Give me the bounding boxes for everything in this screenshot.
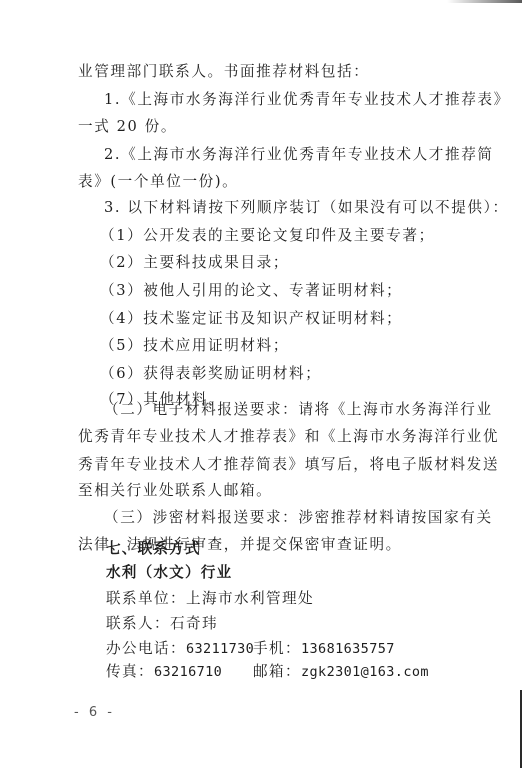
contact-person-label: 联系人： <box>106 615 170 632</box>
mobile-value: 13681635757 <box>301 641 395 657</box>
body-line: 业管理部门联系人。书面推荐材料包括： <box>78 63 370 81</box>
email-field: 邮箱：zgk2301@163.com <box>253 663 429 681</box>
list-item-2: 2.《上海市水务海洋行业优秀青年专业技术人才推荐简 <box>104 146 494 164</box>
email-label: 邮箱： <box>253 663 301 680</box>
electronic-requirements-line-2: 优秀青年专业技术人才推荐表》和《上海市水务海洋行业优 <box>78 428 499 446</box>
email-value[interactable]: zgk2301@163.com <box>301 664 429 680</box>
electronic-requirements-line-1: （二）电子材料报送要求：请将《上海市水务海洋行业 <box>104 401 493 419</box>
industry-heading: 水利（水文）行业 <box>106 564 232 582</box>
contact-unit-row: 联系单位：上海市水利管理处 <box>106 590 314 608</box>
sub-item-3: （3）被他人引用的论文、专著证明材料； <box>100 282 402 300</box>
mobile-field: 手机：13681635757 <box>253 640 395 658</box>
contact-phone-row: 办公电话：63211730 手机：13681635757 <box>106 640 466 658</box>
sub-item-5: （5）技术应用证明材料； <box>100 337 289 355</box>
contact-unit-value: 上海市水利管理处 <box>186 590 314 607</box>
electronic-requirements-line-3: 秀青年专业技术人才推荐简表》填写后，将电子版材料发送 <box>78 456 499 474</box>
scan-edge-artifact <box>447 0 522 3</box>
body-line: 一式 20 份。 <box>78 118 177 136</box>
office-phone-label: 办公电话： <box>106 640 186 657</box>
contact-fax-row: 传真：63216710 邮箱：zgk2301@163.com <box>106 663 466 681</box>
contact-person-value: 石奇玮 <box>170 615 218 632</box>
electronic-requirements-line-4: 至相关行业处联系人邮箱。 <box>78 482 272 500</box>
contact-unit-label: 联系单位： <box>106 590 186 607</box>
fax-label: 传真： <box>106 663 154 680</box>
section-heading: 七、联系方式 <box>106 540 201 558</box>
sub-item-2: （2）主要科技成果目录； <box>100 254 289 272</box>
office-phone-value: 63211730 <box>186 641 254 657</box>
sub-item-4: （4）技术鉴定证书及知识产权证明材料； <box>100 310 402 328</box>
list-item-1: 1.《上海市水务海洋行业优秀青年专业技术人才推荐表》 <box>104 91 510 109</box>
classified-requirements-line-1: （三）涉密材料报送要求：涉密推荐材料请按国家有关 <box>104 509 493 527</box>
mobile-label: 手机： <box>253 640 301 657</box>
body-line: 表》(一个单位一份)。 <box>78 173 238 191</box>
sub-item-6: （6）获得表彰奖励证明材料； <box>100 365 321 383</box>
contact-person-row: 联系人：石奇玮 <box>106 615 218 633</box>
list-item-3: 3. 以下材料请按下列顺序装订（如果没有可以不提供）： <box>104 199 509 217</box>
sub-item-1: （1）公开发表的主要论文复印件及主要专著； <box>100 227 435 245</box>
page-number: - 6 - <box>74 705 115 721</box>
fax-value: 63216710 <box>154 664 222 680</box>
